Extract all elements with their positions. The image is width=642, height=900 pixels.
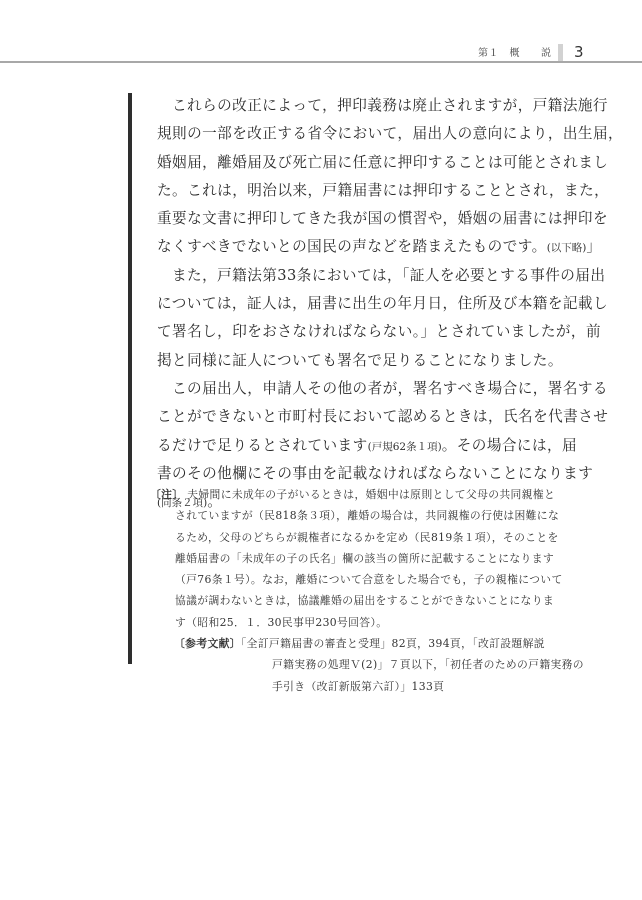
note-line: 協議が調わないときは，協議離婚の届出をすることができないことになりま <box>150 590 570 611</box>
body-line: 重要な文書に押印してきた我が国の慣習や，婚姻の届書には押印を <box>157 205 567 233</box>
note-text: 夫婦間に未成年の子がいるときは，婚姻中は原則として父母の共同親権と <box>187 488 555 501</box>
note-line: 離婚届書の「未成年の子の氏名」欄の該当の箇所に記載することになります <box>150 548 570 569</box>
body-line: これらの改正によって，押印義務は廃止されますが，戸籍法施行 <box>157 92 567 120</box>
references-label: 〔参考文献〕 <box>174 637 241 650</box>
note-label: 〔注〕 <box>150 488 183 501</box>
body-line: については，証人は，届書に出生の年月日，住所及び本籍を記載し <box>157 290 567 318</box>
page-number: 3 <box>574 43 584 61</box>
body-line: 婚姻届，離婚届及び死亡届に任意に押印することは可能とされまし <box>157 149 567 177</box>
body-text-span: なくすべきでないとの国民の声などを踏まえたものです。 <box>157 238 547 255</box>
body-line: 掲と同様に証人についても署名で足りることになりました。 <box>157 347 567 375</box>
references-first-line: 〔参考文献〕「全訂戸籍届書の審査と受理」82頁，394頁，「改訂設題解説 <box>150 633 570 654</box>
note-line: されていますが（民818条３項），離婚の場合は，共同親権の行使は困難にな <box>150 505 570 526</box>
body-line: ことができないと市町村長において認めるときは，氏名を代書させ <box>157 403 567 431</box>
references-line: 戸籍実務の処理Ｖ(2)」７頁以下，「初任者のための戸籍実務の <box>150 654 570 675</box>
body-text-span: 」 <box>586 238 601 255</box>
note-line: るため，父母のどちらが親権者になるかを定め（民819条１項），そのことを <box>150 527 570 548</box>
note-line: す（昭和25．１．30民事甲230号回答）。 <box>150 612 570 633</box>
page-header: 第１ 概 説 3 <box>0 0 642 63</box>
body-line: た。これは，明治以来，戸籍届書には押印することとされ，また， <box>157 177 567 205</box>
body-line: この届出人，申請人その他の者が，署名すべき場合に，署名する <box>157 375 567 403</box>
note-line: （戸76条１号）。なお，離婚について合意をした場合でも，子の親権について <box>150 569 570 590</box>
body-line: て署名し，印をおさなければならない。」とされていましたが，前 <box>157 318 567 346</box>
note-first-line: 〔注〕 夫婦間に未成年の子がいるときは，婚姻中は原則として父母の共同親権と <box>150 484 570 505</box>
note-section: 〔注〕 夫婦間に未成年の子がいるときは，婚姻中は原則として父母の共同親権と され… <box>150 484 570 697</box>
body-line: 規則の一部を改正する省令において，届出人の意向により，出生届， <box>157 120 567 148</box>
body-line: るだけで足りるとされています(戸規62条１項)。その場合には，届 <box>157 432 567 460</box>
running-head-chapter: 第１ 概 説 <box>478 44 552 59</box>
quote-side-bar <box>128 93 132 664</box>
body-text-span: 。その場合には，届 <box>442 437 577 454</box>
body-line: なくすべきでないとの国民の声などを踏まえたものです。(以下略)」 <box>157 233 567 261</box>
body-line: また，戸籍法第33条においては，「証人を必要とする事件の届出 <box>157 262 567 290</box>
body-text-span: るだけで足りるとされています <box>157 437 368 454</box>
main-body-text: これらの改正によって，押印義務は廃止されますが，戸籍法施行 規則の一部を改正する… <box>157 92 567 516</box>
citation: (戸規62条１項) <box>368 441 442 453</box>
header-rule <box>0 61 642 63</box>
references-line: 手引き（改訂新版第六訂）」133頁 <box>150 676 570 697</box>
page-number-separator <box>558 44 563 62</box>
references-section: 〔参考文献〕「全訂戸籍届書の審査と受理」82頁，394頁，「改訂設題解説 戸籍実… <box>150 633 570 697</box>
references-text: 「全訂戸籍届書の審査と受理」82頁，394頁，「改訂設題解説 <box>241 637 545 650</box>
omission-note: (以下略) <box>547 242 587 254</box>
